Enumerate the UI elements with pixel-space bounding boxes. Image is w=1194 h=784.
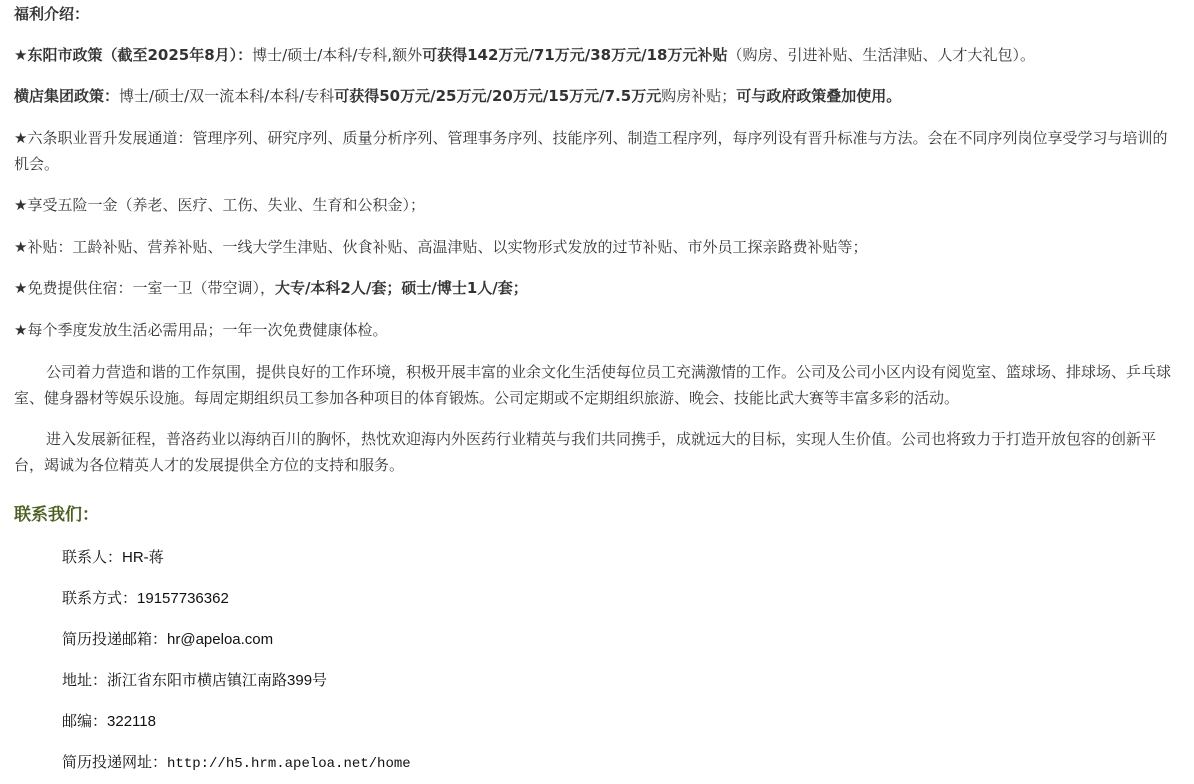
dongyang-policy-degrees: 博士/硕士/本科/专科,额外 <box>252 46 422 64</box>
contact-phone: 联系方式：19157736362 <box>62 588 229 610</box>
contact-url-value[interactable]: http://h5.hrm.apeloa.net/home <box>167 756 411 772</box>
dongyang-policy-prefix: ★东阳市政策（截至2025年8月）： <box>14 46 252 64</box>
supplies: ★每个季度发放生活必需用品；一年一次免费健康体检。 <box>14 317 1180 343</box>
hengdian-policy: 横店集团政策：博士/硕士/双一流本科/本科/专科可获得50万元/25万元/20万… <box>14 83 1180 109</box>
benefits-title: 福利介绍： <box>14 4 89 24</box>
housing: ★免费提供住宿：一室一卫（带空调），大专/本科2人/套；硕士/博士1人/套； <box>14 275 1180 301</box>
insurance: ★享受五险一金（养老、医疗、工伤、失业、生育和公积金）； <box>14 192 1180 218</box>
housing-prefix: ★免费提供住宿：一室一卫（带空调）， <box>14 279 275 297</box>
contact-address: 地址：浙江省东阳市横店镇江南路399号 <box>62 670 327 692</box>
housing-detail: 大专/本科2人/套；硕士/博士1人/套； <box>275 279 528 297</box>
contact-person: 联系人：HR-蒋 <box>62 547 164 569</box>
contact-url: 简历投递网址：http://h5.hrm.apeloa.net/home <box>62 752 411 775</box>
contact-phone-value[interactable]: 19157736362 <box>137 590 229 607</box>
contact-title: 联系我们： <box>14 503 99 527</box>
contact-url-label: 简历投递网址： <box>62 754 167 771</box>
dongyang-policy-amount: 可获得142万元/71万元/38万元/18万元补贴 <box>422 46 727 64</box>
hengdian-policy-amount: 可获得50万元/25万元/20万元/15万元/7.5万元 <box>334 87 661 105</box>
hengdian-policy-subsidy: 购房补贴； <box>661 87 736 105</box>
contact-zip: 邮编：322118 <box>62 711 156 733</box>
contact-email-value[interactable]: hr@apeloa.com <box>167 631 273 648</box>
contact-zip-value: 322118 <box>107 713 156 730</box>
contact-email: 简历投递邮箱：hr@apeloa.com <box>62 629 273 651</box>
contact-address-label: 地址： <box>62 672 107 689</box>
contact-person-value: HR-蒋 <box>122 549 164 566</box>
hengdian-policy-stackable: 可与政府政策叠加使用。 <box>736 87 901 105</box>
culture-paragraph: 公司着力营造和谐的工作氛围，提供良好的工作环境，积极开展丰富的业余文化生活使每位… <box>14 359 1180 411</box>
hengdian-policy-prefix: 横店集团政策： <box>14 87 119 105</box>
allowances: ★补贴：工龄补贴、营养补贴、一线大学生津贴、伙食补贴、高温津贴、以实物形式发放的… <box>14 234 1180 260</box>
contact-email-label: 简历投递邮箱： <box>62 631 167 648</box>
hengdian-policy-degrees: 博士/硕士/双一流本科/本科/专科 <box>119 87 334 105</box>
contact-address-value: 浙江省东阳市横店镇江南路399号 <box>107 672 327 689</box>
contact-phone-label: 联系方式： <box>62 590 137 607</box>
invitation-paragraph: 进入发展新征程，普洛药业以海纳百川的胸怀，热忱欢迎海内外医药行业精英与我们共同携… <box>14 426 1180 478</box>
career-paths: ★六条职业晋升发展通道：管理序列、研究序列、质量分析序列、管理事务序列、技能序列… <box>14 125 1180 177</box>
dongyang-policy: ★东阳市政策（截至2025年8月）：博士/硕士/本科/专科,额外可获得142万元… <box>14 42 1180 68</box>
dongyang-policy-note: （购房、引进补贴、生活津贴、人才大礼包）。 <box>727 46 1035 64</box>
contact-person-label: 联系人： <box>62 549 122 566</box>
contact-zip-label: 邮编： <box>62 713 107 730</box>
